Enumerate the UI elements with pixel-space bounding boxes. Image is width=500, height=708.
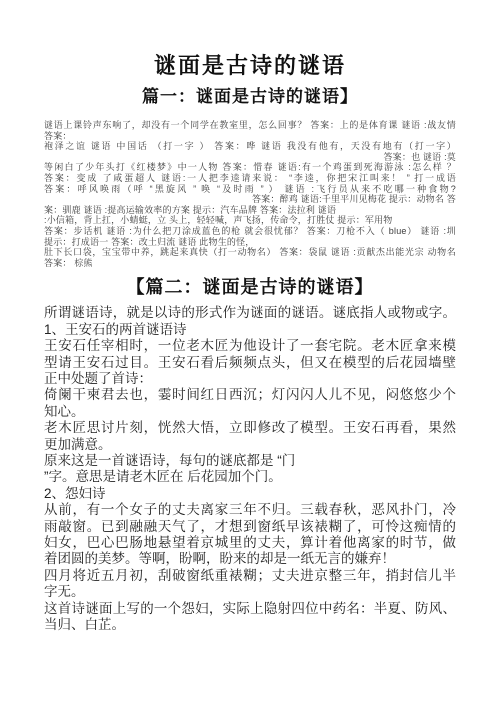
body-line: 着团圆的美梦。等啊，盼啊，盼来的却是一纸无言的嫌弃！ xyxy=(44,551,456,567)
body-line: 所谓谜语诗，就是以诗的形式作为谜面的谜语。谜底指人或物或字。 xyxy=(44,305,456,321)
body-line: 更加满意。 xyxy=(44,437,456,453)
section-one-heading: 篇一：谜面是古诗的谜语】 xyxy=(44,86,456,108)
body-line: 当归、白芷。 xyxy=(44,617,456,633)
document-page: 谜面是古诗的谜语 篇一：谜面是古诗的谜语】 谜语上课铃声东响了，却没有一个同学在… xyxy=(0,0,500,708)
riddle-list: 谜语上课铃声东响了，却没有一个同学在教室里，怎么回事？ 答案：上的是体育课 谜语… xyxy=(44,120,456,268)
riddle-line: 提示：打成语一 答案：改土归流 谜语 此物生的怪， xyxy=(44,237,456,248)
body-line: 从前，有一个女子的丈夫离家三年不归。三载春秋，恶风扑门，冷 xyxy=(44,502,456,518)
body-line: 1、王安石的两首谜语诗 xyxy=(44,322,456,338)
body-text: 所谓谜语诗，就是以诗的形式作为谜面的谜语。谜底指人或物或字。 1、王安石的两首谜… xyxy=(44,305,456,633)
section-two-heading: 【篇二：谜面是古诗的谜语】 xyxy=(44,276,456,299)
riddle-line: 答案： xyxy=(44,131,456,142)
riddle-line: 袍泽之谊 谜语 中国话 （打一字 ） 答案：哗 谜语 我没有他有，天没有地有（打… xyxy=(44,141,456,152)
riddle-line: 答案：醉鸡 谜语:千里平川见梅花 提示：动物名 答 xyxy=(44,194,456,205)
body-line: 妇女，巴心巴肠地悬望着京城里的丈夫，算计着他离家的时节，做 xyxy=(44,535,456,551)
riddle-line: 答案：也 谜语 :莫 xyxy=(44,152,456,163)
body-line: 2、怨妇诗 xyxy=(44,486,456,502)
body-line: 四月将近五月初，刮破窗纸重裱糊；丈夫进京整三年，捎封信儿半 xyxy=(44,568,456,584)
body-line: 字无。 xyxy=(44,584,456,600)
riddle-line: 答案：变成 了咸蛋超人 谜语:一人把李逵请来说： “李逵，你把宋江叫来！ ” 打… xyxy=(44,173,456,184)
body-line: 知心。 xyxy=(44,404,456,420)
riddle-line: 等闲白了少年头打《红楼梦》中一人物 答案：惜春 谜语:有一个鸡蛋到死海游泳 :怎… xyxy=(44,162,456,173)
riddle-line: :小信箱，背上扛，小蜻蜓，立 头上，轻轻喊，声飞扬，传命令，打胜仗 提示：军用物 xyxy=(44,215,456,226)
riddle-line: 案：驯鹿 谜语 :提高运输效率的方案 提示：汽车品牌 答案：法拉利 谜语 xyxy=(44,205,456,216)
riddle-line: 肚下长口袋，宝宝带中养，跳起来真快（打一动物名） 答案：袋鼠 谜语 :贡献杰出能… xyxy=(44,247,456,258)
riddle-line: 答案：步话机 谜语 :为什么把刀涂成蓝色的枪 就会很忧郁？ 答案：刀枪不入（ b… xyxy=(44,226,456,237)
body-line: 倚阑干柬君去也，霎时间红日西沉；灯闪闪人儿不见，闷悠悠少个 xyxy=(44,387,456,403)
body-line: 型请王安石过目。王安石看后频频点头，但又在模型的后花园墙壁 xyxy=(44,355,456,371)
riddle-line: 答案：呼风唤雨（呼 “黑旋风 ” 唤 “及时雨 ” ） 谜语 :飞行员从来不吃哪… xyxy=(44,184,456,195)
riddle-line: 谜语上课铃声东响了，却没有一个同学在教室里，怎么回事？ 答案：上的是体育课 谜语… xyxy=(44,120,456,131)
body-line: 王安石任宰相时，一位老木匠为他设计了一套宅院。老木匠拿来模 xyxy=(44,338,456,354)
riddle-line: 答案： 棕熊 xyxy=(44,258,456,269)
body-line: 老木匠思讨片刻，恍然大悟，立即修改了模型。王安石再看，果然 xyxy=(44,420,456,436)
body-line: 雨敲窗。已到融融天气了，才想到窗纸早该裱糊了，可怜这痴情的 xyxy=(44,519,456,535)
body-line: ”字。意思是请老木匠在 后花园加个门。 xyxy=(44,469,456,485)
body-line: 这首诗谜面上写的一个怨妇，实际上隐射四位中药名：半夏、防风、 xyxy=(44,601,456,617)
body-line: 原来这是一首谜语诗，每句的谜底都是 “门 xyxy=(44,453,456,469)
page-title: 谜面是古诗的谜语 xyxy=(44,52,456,80)
body-line: 正中处题了首诗： xyxy=(44,371,456,387)
